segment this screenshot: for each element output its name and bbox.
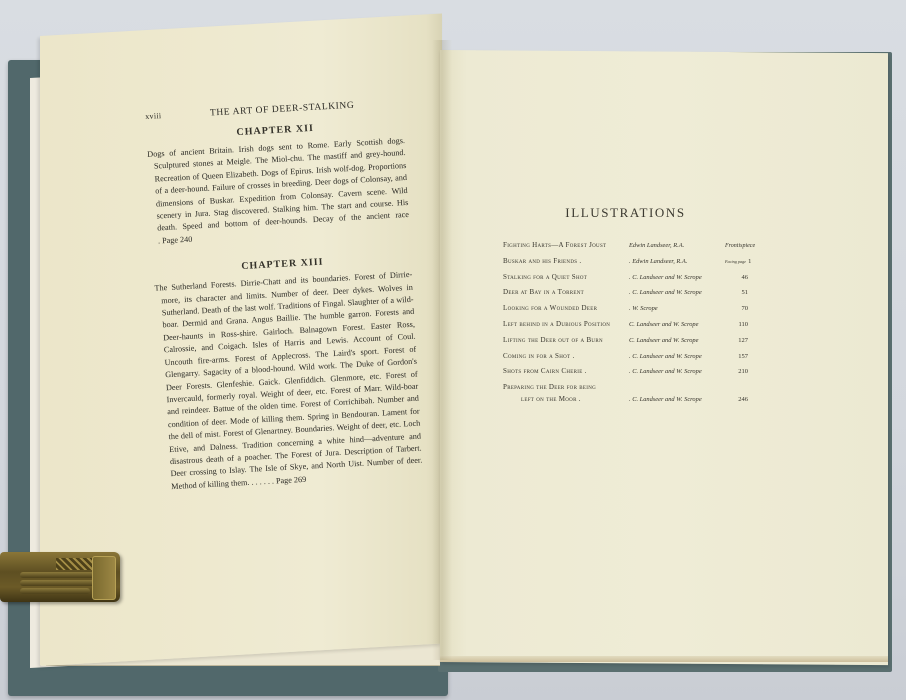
chapter-summary-text: The Sutherland Forests. Dirrie-Chatt and… xyxy=(154,270,422,491)
book-gutter xyxy=(432,40,452,660)
illustrations-title: ILLUSTRATIONS xyxy=(503,205,748,221)
illustration-artist: . W. Scrope xyxy=(629,305,725,312)
illustration-artist: . C. Landseer and W. Scrope xyxy=(629,353,725,360)
illustration-artist: C. Landseer and W. Scrope xyxy=(629,321,725,328)
illustration-caption: Coming in for a Shot . xyxy=(503,352,629,360)
illustration-entry: Looking for a Wounded Deer . W. Scrope 7… xyxy=(503,304,748,320)
illustration-page: 51 xyxy=(725,289,748,296)
contents-page: xviii THE ART OF DEER-STALKING CHAPTER X… xyxy=(145,98,424,512)
illustration-caption-continued: left on the Moor . xyxy=(503,395,629,403)
illustration-caption: Looking for a Wounded Deer xyxy=(503,304,629,312)
illustration-caption: Buskar and his Friends . xyxy=(503,257,629,265)
illustration-artist: . C. Landseer and W. Scrope xyxy=(629,274,725,281)
right-page-edge xyxy=(440,656,888,662)
illustration-entry: Preparing the Deer for being left on the… xyxy=(503,383,748,409)
bookweight-rim xyxy=(92,556,116,600)
illustration-entry: Left behind in a Dubious Position C. Lan… xyxy=(503,320,748,336)
illustration-caption: Fighting Harts—A Forest Joust xyxy=(503,241,629,249)
illustration-artist: Edwin Landseer, R.A. xyxy=(629,242,725,249)
page-folio: xviii xyxy=(145,111,162,121)
page-number: 1 xyxy=(748,258,751,265)
illustration-caption: Shots from Cairn Cherie . xyxy=(503,367,629,375)
illustration-page: 110 xyxy=(725,321,748,328)
illustration-page: 127 xyxy=(725,337,748,344)
illustration-entry: Fighting Harts—A Forest Joust Edwin Land… xyxy=(503,241,748,257)
chapter-page-ref: . . . . . . Page 269 xyxy=(251,475,306,487)
bookweight-finger xyxy=(20,572,98,578)
illustration-caption: Lifting the Deer out of a Burn xyxy=(503,336,629,344)
bookweight-finger xyxy=(20,580,98,586)
chapter-summary: The Sutherland Forests. Dirrie-Chatt and… xyxy=(154,269,423,494)
illustration-page: Facing page1 xyxy=(725,258,748,265)
chapter-page-ref: . Page 240 xyxy=(158,234,193,245)
illustration-caption: Preparing the Deer for being xyxy=(503,383,748,391)
chapter-summary-text: Dogs of ancient Britain. Irish dogs sent… xyxy=(147,136,409,233)
illustration-entry: Deer at Bay in a Torrent . C. Landseer a… xyxy=(503,288,748,304)
illustration-artist: C. Landseer and W. Scrope xyxy=(629,337,725,344)
brass-hand-bookweight xyxy=(0,552,120,602)
illustration-page: Frontispiece xyxy=(725,243,748,249)
chapter-summary: Dogs of ancient Britain. Irish dogs sent… xyxy=(147,135,410,248)
illustration-caption: Deer at Bay in a Torrent xyxy=(503,288,629,296)
illustration-entry: Buskar and his Friends . . Edwin Landsee… xyxy=(503,257,748,273)
illustration-page: 46 xyxy=(725,274,748,281)
facing-page-label: Facing page xyxy=(725,259,746,264)
illustration-page: 210 xyxy=(725,368,748,375)
illustration-caption: Stalking for a Quiet Shot xyxy=(503,273,629,281)
illustration-artist: . C. Landseer and W. Scrope xyxy=(629,396,725,403)
illustrations-page: ILLUSTRATIONS Fighting Harts—A Forest Jo… xyxy=(503,205,748,409)
bookweight-cuff xyxy=(56,558,94,570)
illustration-artist: . Edwin Landseer, R.A. xyxy=(629,258,725,265)
illustration-page: 70 xyxy=(725,305,748,312)
illustration-entry: Coming in for a Shot . . C. Landseer and… xyxy=(503,352,748,368)
illustration-entry: Shots from Cairn Cherie . . C. Landseer … xyxy=(503,367,748,383)
illustration-artist: . C. Landseer and W. Scrope xyxy=(629,289,725,296)
illustration-entry: Stalking for a Quiet Shot . C. Landseer … xyxy=(503,273,748,289)
photo-scene: xviii THE ART OF DEER-STALKING CHAPTER X… xyxy=(0,0,906,700)
illustration-entry: Lifting the Deer out of a Burn C. Landse… xyxy=(503,336,748,352)
illustration-artist: . C. Landseer and W. Scrope xyxy=(629,368,725,375)
bookweight-finger xyxy=(20,588,90,594)
illustration-caption: Left behind in a Dubious Position xyxy=(503,320,629,328)
illustration-page: 246 xyxy=(725,396,748,403)
illustration-page: 157 xyxy=(725,353,748,360)
